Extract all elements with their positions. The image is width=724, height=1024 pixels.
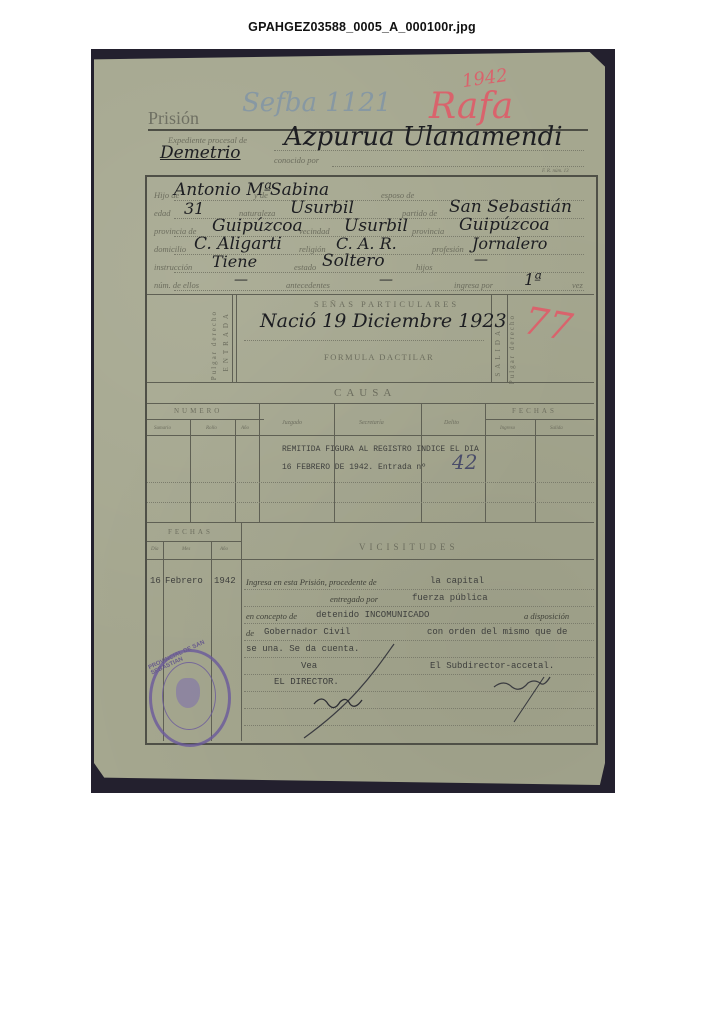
hijos-label: hijos	[416, 262, 433, 272]
row6-line	[174, 290, 584, 291]
vicisitudes-title: VICISITUDES	[359, 542, 459, 552]
senas-title: SEÑAS PARTICULARES	[314, 299, 459, 309]
surname-line	[274, 150, 584, 151]
province-birth-value: Guipúzcoa	[212, 216, 303, 236]
profession-value: Jornalero	[472, 234, 547, 253]
edad-label: edad	[154, 208, 171, 218]
concepto-label: en concepto de	[246, 611, 297, 621]
col-mes: Mes	[182, 547, 190, 552]
province-residence-value: Guipúzcoa	[459, 215, 550, 235]
causa-row-line-1	[147, 482, 594, 483]
antecedentes-value: —	[379, 272, 393, 288]
official-stamp: PROVINCIAL DE SAN SEBASTIAN	[149, 649, 231, 747]
form-title: Prisión	[148, 108, 199, 129]
conocido-line	[332, 166, 584, 167]
age-value: 31	[184, 199, 204, 218]
causa-bottom-rule	[147, 522, 594, 523]
y-de-label: y de	[254, 190, 268, 200]
causa-colhead-rule	[147, 435, 594, 436]
de-label: de	[246, 628, 254, 638]
col-anio: Año	[220, 547, 228, 552]
col-salida: Salida	[550, 426, 563, 431]
scanned-document: Sefba 1121 1942 Rafa Prisión Expediente …	[91, 49, 615, 793]
disposicion-label: a disposición	[524, 611, 569, 621]
vecindad-label: vecindad	[299, 226, 330, 236]
col-juzgado: Juzgado	[282, 420, 302, 426]
col-ano: Año	[241, 426, 249, 431]
formula-dactilar-label: FORMULA DACTILAR	[324, 352, 434, 362]
causa-title: CAUSA	[334, 387, 396, 399]
col-div-6	[485, 403, 486, 522]
vez-label: vez	[572, 280, 583, 290]
entry-year: 1942	[214, 576, 236, 586]
estado-label: estado	[294, 262, 316, 272]
num-label: núm. de ellos	[154, 280, 199, 290]
pulgar-derecho-right-label: Pulgar derecho	[508, 314, 516, 384]
entregado-value: fuerza pública	[412, 593, 488, 603]
director-signature-icon	[294, 642, 404, 742]
prison-record-form: Sefba 1121 1942 Rafa Prisión Expediente …	[94, 52, 605, 785]
vicisitudes-divider	[241, 522, 242, 741]
children-value: —	[474, 252, 488, 268]
numero-group-label: NUMERO	[174, 407, 222, 415]
vic-line-4	[244, 640, 594, 641]
profesion-label: profesión	[432, 244, 464, 254]
domicilio-label: domicilio	[154, 244, 186, 254]
surname-handwritten: Azpurua Ulanamendi	[284, 122, 563, 152]
file-name-caption: GPAHGEZ03588_0005_A_000100r.jpg	[0, 20, 724, 34]
senas-top-rule	[147, 294, 594, 295]
vic-line-1	[244, 589, 594, 590]
col-rollo: Rollo	[206, 426, 217, 431]
vicisitudes-fechas-label: FECHAS	[168, 528, 213, 536]
birth-note: Nació 19 Diciembre 1923	[260, 310, 507, 332]
orden-text: con orden del mismo que de	[427, 627, 567, 637]
instruccion-label: instrucción	[154, 262, 192, 272]
entry-month: Febrero	[165, 576, 203, 586]
ingresa-value: 1ª	[524, 270, 542, 289]
ingresa-label: ingresa por	[454, 280, 493, 290]
residence-value: Usurbil	[344, 216, 408, 236]
conocido-label: conocido por	[274, 155, 319, 165]
salida-label: SALIDA	[494, 327, 502, 377]
entrada-divider	[232, 294, 233, 382]
causa-top-rule	[147, 382, 594, 383]
marital-value: Soltero	[322, 251, 385, 271]
col-dia: Día	[151, 547, 159, 552]
fechas-sub-rule	[486, 419, 594, 420]
causa-typed-line-1: REMITIDA FIGURA AL REGISTRO INDICE EL DI…	[282, 445, 479, 454]
causa-header-rule	[147, 403, 594, 404]
senas-line	[244, 340, 484, 341]
vic-colhead-rule	[147, 559, 594, 560]
col-sumario: Sumario	[154, 426, 171, 431]
entry-day: 16	[150, 576, 161, 586]
ingresa-prision-label: Ingresa en esta Prisión, procedente de	[246, 577, 377, 587]
form-code: F. R. núm. 13	[542, 169, 569, 174]
causa-typed-line-2: 16 FEBRERO DE 1942. Entrada nº	[282, 463, 426, 472]
vic-fechas-sub-rule	[147, 541, 241, 542]
col-ingreso: Ingreso	[500, 426, 515, 431]
district-value: San Sebastián	[449, 197, 572, 217]
concepto-value: detenido INCOMUNICADO	[316, 610, 429, 620]
salida-divider	[491, 294, 492, 382]
red-pencil-note: Rafa	[429, 86, 513, 127]
col-secretaria: Secretaría	[359, 420, 384, 426]
provincia-label: provincia de	[154, 226, 196, 236]
eagle-emblem-icon	[176, 678, 200, 708]
red-pencil-mark: 77	[521, 298, 576, 350]
subdirector-signature-icon	[484, 667, 584, 727]
education-value: Tiene	[212, 252, 257, 271]
vic-line-2	[244, 606, 594, 607]
provincia2-label: provincia	[412, 226, 444, 236]
authority-value: Gobernador Civil	[264, 627, 350, 637]
numero-sub-rule	[147, 419, 264, 420]
col-delito: Delito	[444, 420, 459, 426]
causa-row-line-2	[147, 502, 594, 503]
mother-name: Sabina	[270, 180, 329, 200]
entry-number-handwritten: 42	[452, 450, 477, 474]
entrada-label: ENTRADA	[222, 310, 230, 371]
blue-pencil-note: Sefba 1121	[242, 88, 391, 118]
entrada-divider-2	[236, 294, 237, 382]
entregado-label: entregado por	[330, 594, 378, 604]
procedente-value: la capital	[430, 576, 484, 586]
num-value: —	[234, 272, 248, 288]
col-div-3	[259, 403, 260, 522]
vic-line-3	[244, 623, 594, 624]
birthplace-value: Usurbil	[290, 198, 354, 218]
first-name-handwritten: Demetrio	[160, 143, 241, 163]
pulgar-derecho-left-label: Pulgar derecho	[210, 310, 218, 380]
esposo-label: esposo de	[381, 190, 414, 200]
address-value: C. Aligarti	[194, 234, 282, 254]
causa-fechas-group-label: FECHAS	[512, 407, 557, 415]
antecedentes-label: antecedentes	[286, 280, 330, 290]
